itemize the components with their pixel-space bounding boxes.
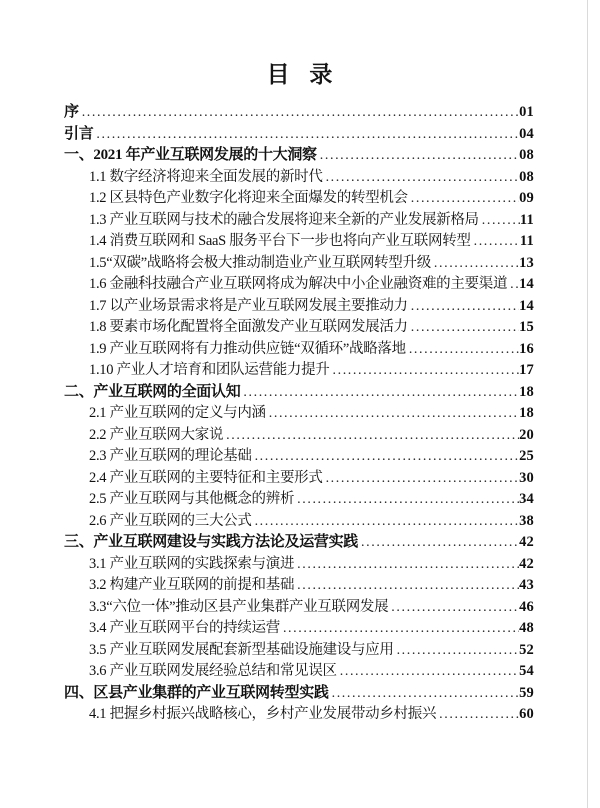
toc-entry-label: 四、区县产业集群的产业互联网转型实践 xyxy=(64,683,329,705)
toc-entry-label: 引言 xyxy=(64,124,93,146)
toc-entry-page-number: 46 xyxy=(519,597,534,619)
toc-entry: 2.5 产业互联网与其他概念的辨析 34 xyxy=(0,489,600,511)
toc-entry-label: 序 xyxy=(64,102,79,124)
toc-entry-page-number: 42 xyxy=(519,532,534,554)
toc-entry: 1.4 消费互联网和 SaaS 服务平台下一步也将向产业互联网转型 11 xyxy=(0,231,600,253)
toc-entry-page-number: 08 xyxy=(519,167,534,189)
dot-leader xyxy=(326,468,520,490)
toc-entry-label: 1.9 产业互联网将有力推动供应链“双循环”战略落地 xyxy=(89,339,406,361)
dot-leader xyxy=(411,317,519,339)
toc-entry-page-number: 11 xyxy=(520,231,534,253)
toc-entry-page-number: 52 xyxy=(519,640,534,662)
toc-entry-page-number: 38 xyxy=(519,511,534,533)
toc-entry: 一、2021 年产业互联网发展的十大洞察 08 xyxy=(0,145,600,167)
toc-entry-label: 3.6 产业互联网发展经验总结和常见误区 xyxy=(89,661,337,683)
page-title: 目 录 xyxy=(0,62,600,88)
toc-entry: 四、区县产业集群的产业互联网转型实践 59 xyxy=(0,683,600,705)
toc-entry-label: 二、产业互联网的全面认知 xyxy=(64,382,240,404)
toc-entry: 3.3“六位一体”推动区县产业集群产业互联网发展 46 xyxy=(0,597,600,619)
scan-edge-line xyxy=(587,0,588,808)
toc-entry-label: 1.4 消费互联网和 SaaS 服务平台下一步也将向产业互联网转型 xyxy=(89,231,471,253)
toc-entry: 三、产业互联网建设与实践方法论及运营实践 42 xyxy=(0,532,600,554)
toc-entry-label: 1.8 要素市场化配置将全面激发产业互联网发展活力 xyxy=(89,317,408,339)
dot-leader xyxy=(411,188,519,210)
toc-entry-label: 2.5 产业互联网与其他概念的辨析 xyxy=(89,489,294,511)
dot-leader xyxy=(297,489,519,511)
toc-entry-page-number: 54 xyxy=(519,661,534,683)
toc-entry: 1.7 以产业场景需求将是产业互联网发展主要推动力 14 xyxy=(0,296,600,318)
toc-entry-label: 1.6 金融科技融合产业互联网将成为解决中小企业融资难的主要渠道 xyxy=(89,274,507,296)
toc-entry-page-number: 09 xyxy=(519,188,534,210)
dot-leader xyxy=(226,425,519,447)
toc-entry-page-number: 60 xyxy=(519,704,534,726)
toc-entry: 1.8 要素市场化配置将全面激发产业互联网发展活力 15 xyxy=(0,317,600,339)
toc-entry-label: 3.4 产业互联网平台的持续运营 xyxy=(89,618,280,640)
toc-entry: 1.1 数字经济将迎来全面发展的新时代 08 xyxy=(0,167,600,189)
dot-leader xyxy=(269,403,519,425)
dot-leader xyxy=(326,167,520,189)
toc-entry-page-number: 48 xyxy=(519,618,534,640)
toc-entry-page-number: 43 xyxy=(519,575,534,597)
toc-entry-label: 3.2 构建产业互联网的前提和基础 xyxy=(89,575,294,597)
toc-entry-page-number: 01 xyxy=(519,102,534,124)
document-page: 目 录 序 01 引言 04 一、2021 年产业互联网发展的十大洞察 08 1… xyxy=(0,0,600,808)
toc-entry-page-number: 59 xyxy=(519,683,534,705)
toc-entry-page-number: 18 xyxy=(519,382,534,404)
toc-entry-page-number: 14 xyxy=(519,274,534,296)
toc-entry-label: 一、2021 年产业互联网发展的十大洞察 xyxy=(64,145,317,167)
dot-leader xyxy=(320,145,519,167)
dot-leader xyxy=(482,210,520,232)
toc-entry-label: 3.5 产业互联网发展配套新型基础设施建设与应用 xyxy=(89,640,394,662)
toc-entry-page-number: 25 xyxy=(519,446,534,468)
toc-entry-page-number: 15 xyxy=(519,317,534,339)
toc-entry: 3.5 产业互联网发展配套新型基础设施建设与应用 52 xyxy=(0,640,600,662)
dot-leader xyxy=(409,339,519,361)
dot-leader xyxy=(361,532,519,554)
dot-leader xyxy=(340,661,519,683)
dot-leader xyxy=(439,704,519,726)
toc-entry-page-number: 18 xyxy=(519,403,534,425)
dot-leader xyxy=(96,124,519,146)
toc-entry-label: 1.2 区县特色产业数字化将迎来全面爆发的转型机会 xyxy=(89,188,408,210)
toc-entry-label: 2.6 产业互联网的三大公式 xyxy=(89,511,252,533)
toc-entry: 2.2 产业互联网大家说 20 xyxy=(0,425,600,447)
toc-entry: 3.2 构建产业互联网的前提和基础 43 xyxy=(0,575,600,597)
toc-entry-page-number: 42 xyxy=(519,554,534,576)
toc-entry: 引言 04 xyxy=(0,124,600,146)
toc-entry-label: 2.2 产业互联网大家说 xyxy=(89,425,223,447)
toc-entry-label: 三、产业互联网建设与实践方法论及运营实践 xyxy=(64,532,358,554)
dot-leader xyxy=(397,640,520,662)
toc-entry: 1.6 金融科技融合产业互联网将成为解决中小企业融资难的主要渠道 14 xyxy=(0,274,600,296)
dot-leader xyxy=(297,554,519,576)
toc-entry-label: 2.1 产业互联网的定义与内涵 xyxy=(89,403,266,425)
dot-leader xyxy=(474,231,520,253)
dot-leader xyxy=(255,511,520,533)
dot-leader xyxy=(510,274,519,296)
table-of-contents: 序 01 引言 04 一、2021 年产业互联网发展的十大洞察 08 1.1 数… xyxy=(0,102,600,726)
toc-entry-label: 1.3 产业互联网与技术的融合发展将迎来全新的产业发展新格局 xyxy=(89,210,479,232)
toc-entry-label: 1.10 产业人才培育和团队运营能力提升 xyxy=(89,360,330,382)
dot-leader xyxy=(297,575,519,597)
toc-entry-label: 1.5“双碳”战略将会极大推动制造业产业互联网转型升级 xyxy=(89,253,431,275)
toc-entry-label: 2.4 产业互联网的主要特征和主要形式 xyxy=(89,468,323,490)
toc-entry: 2.3 产业互联网的理论基础 25 xyxy=(0,446,600,468)
toc-entry-page-number: 30 xyxy=(519,468,534,490)
toc-entry-label: 1.1 数字经济将迎来全面发展的新时代 xyxy=(89,167,323,189)
toc-entry: 3.1 产业互联网的实践探索与演进 42 xyxy=(0,554,600,576)
dot-leader xyxy=(82,102,519,124)
toc-entry: 2.4 产业互联网的主要特征和主要形式 30 xyxy=(0,468,600,490)
toc-entry-label: 3.1 产业互联网的实践探索与演进 xyxy=(89,554,294,576)
dot-leader xyxy=(243,382,519,404)
toc-entry: 1.3 产业互联网与技术的融合发展将迎来全新的产业发展新格局 11 xyxy=(0,210,600,232)
dot-leader xyxy=(255,446,520,468)
toc-entry: 1.10 产业人才培育和团队运营能力提升 17 xyxy=(0,360,600,382)
toc-entry-page-number: 20 xyxy=(519,425,534,447)
toc-entry-page-number: 08 xyxy=(519,145,534,167)
toc-entry-label: 1.7 以产业场景需求将是产业互联网发展主要推动力 xyxy=(89,296,408,318)
toc-entry-page-number: 34 xyxy=(519,489,534,511)
toc-entry-label: 3.3“六位一体”推动区县产业集群产业互联网发展 xyxy=(89,597,388,619)
toc-entry: 二、产业互联网的全面认知 18 xyxy=(0,382,600,404)
dot-leader xyxy=(434,253,519,275)
toc-entry: 1.2 区县特色产业数字化将迎来全面爆发的转型机会 09 xyxy=(0,188,600,210)
toc-entry-page-number: 17 xyxy=(519,360,534,382)
dot-leader xyxy=(391,597,519,619)
toc-entry: 3.6 产业互联网发展经验总结和常见误区 54 xyxy=(0,661,600,683)
toc-entry: 2.1 产业互联网的定义与内涵 18 xyxy=(0,403,600,425)
toc-entry-page-number: 14 xyxy=(519,296,534,318)
toc-entry-label: 2.3 产业互联网的理论基础 xyxy=(89,446,252,468)
toc-entry: 序 01 xyxy=(0,102,600,124)
toc-entry: 2.6 产业互联网的三大公式 38 xyxy=(0,511,600,533)
dot-leader xyxy=(283,618,519,640)
toc-entry-page-number: 16 xyxy=(519,339,534,361)
toc-entry-page-number: 11 xyxy=(520,210,534,232)
toc-entry-label: 4.1 把握乡村振兴战略核心，乡村产业发展带动乡村振兴 xyxy=(89,704,436,726)
dot-leader xyxy=(333,360,520,382)
toc-entry-page-number: 13 xyxy=(519,253,534,275)
toc-entry: 4.1 把握乡村振兴战略核心，乡村产业发展带动乡村振兴 60 xyxy=(0,704,600,726)
toc-entry: 1.5“双碳”战略将会极大推动制造业产业互联网转型升级 13 xyxy=(0,253,600,275)
dot-leader xyxy=(411,296,519,318)
dot-leader xyxy=(332,683,519,705)
toc-entry: 1.9 产业互联网将有力推动供应链“双循环”战略落地 16 xyxy=(0,339,600,361)
toc-entry: 3.4 产业互联网平台的持续运营 48 xyxy=(0,618,600,640)
toc-entry-page-number: 04 xyxy=(519,124,534,146)
